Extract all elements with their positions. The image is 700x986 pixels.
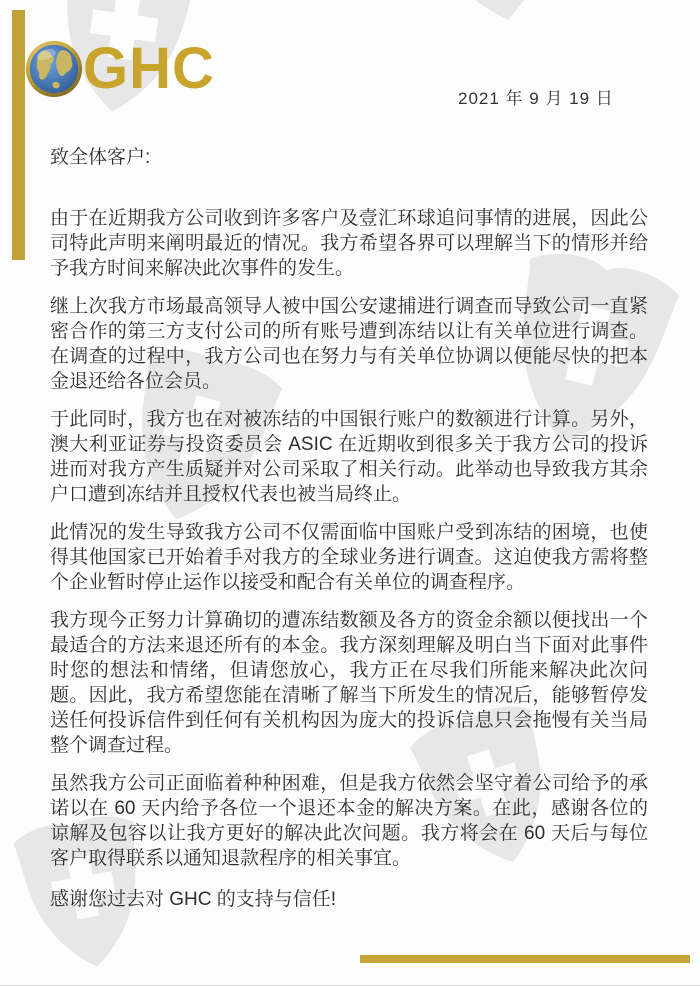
shield-cross-watermark-icon	[390, 0, 591, 45]
bottom-accent-bar	[360, 955, 690, 963]
letter-page: GHC 2021 年 9 月 19 日 致全体客户: 由于在近期我方公司收到许多…	[0, 0, 700, 986]
paragraph-4: 此情况的发生导致我方公司不仅需面临中国账户受到冻结的困境，也使得其他国家已开始着…	[50, 520, 648, 595]
paragraph-2: 继上次我方市场最高领导人被中国公安逮捕进行调查而导致公司一直紧密合作的第三方支付…	[50, 294, 648, 394]
closing-line: 感谢您过去对 GHC 的支持与信任!	[50, 887, 648, 912]
letter-date: 2021 年 9 月 19 日	[458, 84, 614, 109]
salutation: 致全体客户:	[50, 142, 150, 169]
letter-header: GHC	[25, 40, 215, 98]
letter-body: 由于在近期我方公司收到许多客户及壹汇环球追问事情的进展，因此公司特此声明来阐明最…	[50, 206, 648, 925]
brand-name: GHC	[83, 40, 215, 98]
paragraph-5: 我方现今正努力计算确切的遭冻结数额及各方的资金余额以便找出一个最适合的方法来退还…	[50, 608, 648, 758]
paragraph-6: 虽然我方公司正面临着种种困难，但是我方依然会坚守着公司给予的承诺以在 60 天内…	[50, 771, 648, 871]
paragraph-1: 由于在近期我方公司收到许多客户及壹汇环球追问事情的进展，因此公司特此声明来阐明最…	[50, 206, 648, 281]
paragraph-3: 于此同时，我方也在对被冻结的中国银行账户的数额进行计算。另外，澳大利亚证券与投资…	[50, 407, 648, 507]
globe-icon	[25, 40, 83, 98]
left-accent-bar	[12, 10, 25, 260]
